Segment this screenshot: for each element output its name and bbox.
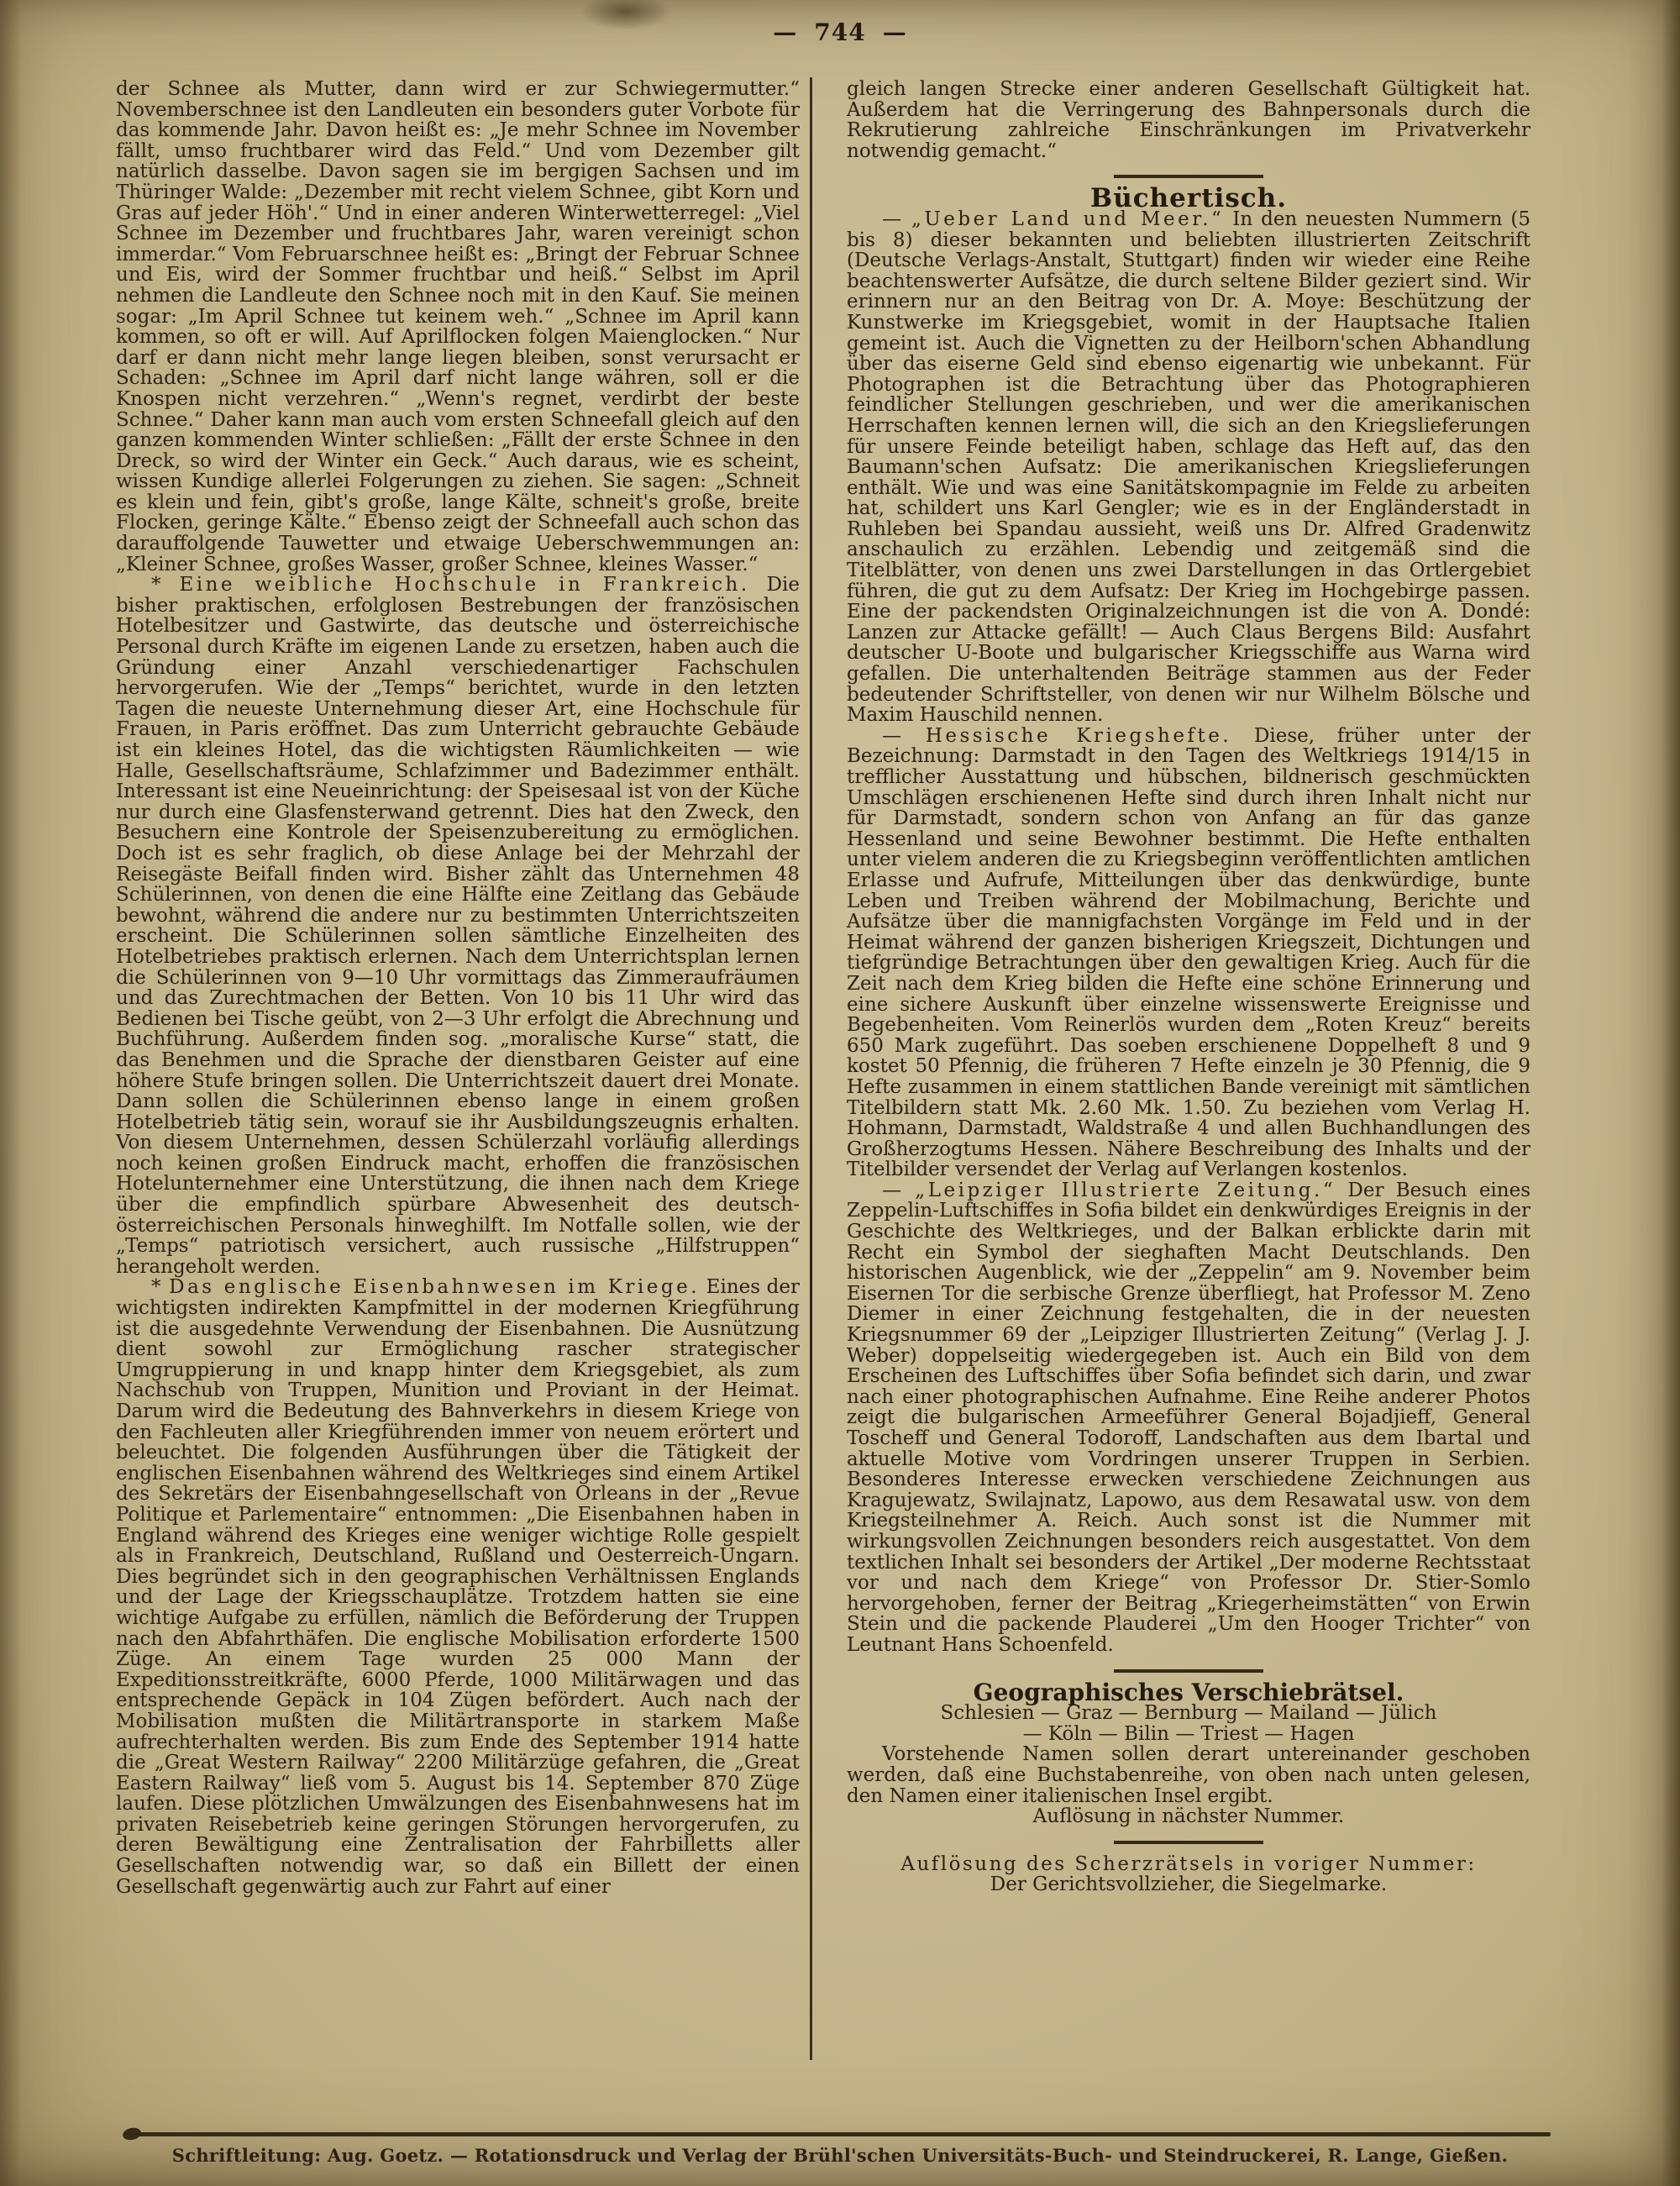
page-number-dash-right: — bbox=[883, 18, 907, 46]
previous-solution-answer: Der Gerichtsvollzieher, die Siegelmarke. bbox=[847, 1874, 1530, 1895]
footer-rule-blob bbox=[122, 2126, 142, 2141]
section-divider-rule bbox=[1114, 175, 1263, 178]
left-column: der Schnee als Mutter, dann wird er zur … bbox=[116, 79, 800, 1897]
article-star-marker: * bbox=[151, 1276, 163, 1298]
solution-divider-rule bbox=[1114, 1841, 1263, 1844]
article-title-hochschule: Eine weibliche Hochschule in Frankreich. bbox=[179, 574, 749, 596]
review-body-ueber-land-und-meer: In den neuesten Nummern (5 bis 8) dieser… bbox=[847, 208, 1530, 726]
article-star-marker: * bbox=[151, 574, 163, 596]
review-hessische-kriegshefte: — Hessische Kriegshefte. Diese, früher u… bbox=[847, 726, 1530, 1180]
newspaper-page: —744— der Schnee als Mutter, dann wird e… bbox=[0, 0, 1680, 2186]
text-columns: der Schnee als Mutter, dann wird er zur … bbox=[116, 79, 1530, 1897]
article-title-eisenbahn: Das englische Eisenbahnwesen im Kriege. bbox=[169, 1276, 700, 1298]
section-title-buechertisch: Büchertisch. bbox=[847, 188, 1530, 209]
puzzle-title: Geographisches Verschiebrätsel. bbox=[847, 1683, 1530, 1704]
review-dash-marker: — bbox=[882, 208, 903, 230]
review-title-leipziger-illustrierte: „Leipziger Illustrierte Zeitung.“ bbox=[915, 1180, 1336, 1201]
review-body-leipziger-illustrierte: Der Besuch eines Zeppelin-Luftschiffes i… bbox=[847, 1180, 1530, 1656]
eisenbahn-continuation: gleich langen Strecke einer anderen Gese… bbox=[847, 79, 1530, 161]
article-hochschule-frankreich: * Eine weibliche Hochschule in Frankreic… bbox=[116, 575, 800, 1277]
previous-solution-title: Auflösung des Scherzrätsels in voriger N… bbox=[847, 1854, 1530, 1875]
page-number-dash-left: — bbox=[773, 18, 797, 46]
review-dash-marker: — bbox=[882, 725, 903, 747]
paper-edge-left bbox=[0, 0, 22, 2186]
review-ueber-land-und-meer: — „Ueber Land und Meer.“ In den neuesten… bbox=[847, 209, 1530, 726]
page-header: —744— bbox=[0, 18, 1680, 46]
review-body-hessische-kriegshefte: Diese, früher unter der Bezeichnung: Dar… bbox=[847, 725, 1530, 1180]
review-dash-marker: — bbox=[882, 1180, 903, 1201]
puzzle-divider-rule bbox=[1114, 1669, 1263, 1673]
review-title-ueber-land-und-meer: „Ueber Land und Meer.“ bbox=[911, 208, 1224, 230]
puzzle-names-line1: Schlesien — Graz — Bernburg — Mailand — … bbox=[847, 1703, 1530, 1724]
paper-edge-right bbox=[1662, 0, 1680, 2186]
snow-proverbs-continuation: der Schnee als Mutter, dann wird er zur … bbox=[116, 79, 800, 575]
article-eisenbahnwesen: * Das englische Eisenbahnwesen im Kriege… bbox=[116, 1277, 800, 1897]
review-title-hessische-kriegshefte: Hessische Kriegshefte. bbox=[926, 725, 1231, 747]
article-body-hochschule: Die bisher praktischen, erfolglosen Best… bbox=[116, 574, 800, 1278]
footer-rule bbox=[128, 2132, 1551, 2136]
puzzle-instructions: Vorstehende Namen sollen derart unterein… bbox=[847, 1744, 1530, 1806]
page-number: 744 bbox=[814, 18, 865, 46]
right-column: gleich langen Strecke einer anderen Gese… bbox=[847, 79, 1530, 1897]
article-body-eisenbahn: Eines der wichtigsten indirekten Kampfmi… bbox=[116, 1276, 800, 1897]
puzzle-names-line2: — Köln — Bilin — Triest — Hagen bbox=[847, 1724, 1530, 1745]
puzzle-solution-note: Auflösung in nächster Nummer. bbox=[847, 1806, 1530, 1827]
imprint-line: Schriftleitung: Aug. Goetz. — Rotationsd… bbox=[0, 2145, 1680, 2166]
review-leipziger-illustrierte: — „Leipziger Illustrierte Zeitung.“ Der … bbox=[847, 1180, 1530, 1656]
